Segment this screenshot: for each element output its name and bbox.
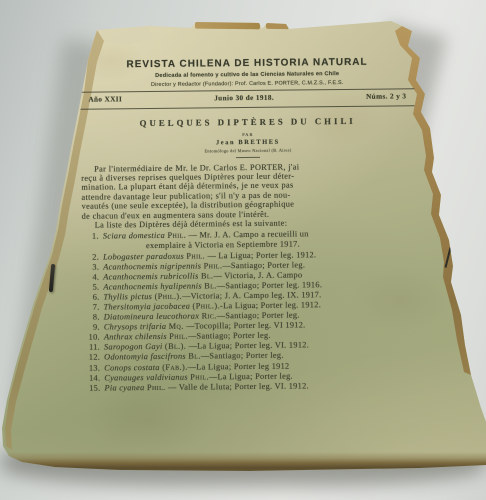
item-number: 14.	[83, 373, 100, 383]
item-locality: —Santiago; Porter leg.	[217, 311, 300, 321]
item-number: 12.	[83, 353, 100, 363]
species-list-item: 15. Pia cyanea Phil. — Valle de Lluta; P…	[83, 380, 417, 394]
issue-number: Núms. 2 y 3	[366, 92, 406, 100]
species-name: Conops costata	[104, 362, 160, 372]
authority-abbr: Bl.	[188, 352, 201, 361]
torn-edge-top	[195, 22, 260, 30]
item-locality: — La Ligua; Porter leg. 1912.	[205, 250, 316, 260]
species-name: Thyllis pictus	[103, 292, 152, 302]
authority-abbr: Bl.	[204, 281, 217, 290]
species-name: Lobogaster paradoxus	[103, 251, 184, 261]
item-locality: —Santiago; Porter leg. 1916.	[217, 280, 323, 290]
item-number: 2.	[82, 252, 99, 262]
authority-abbr: Phil.	[147, 383, 166, 392]
article-title: QUELQUES DIPTÈRES DU CHILI	[81, 115, 415, 128]
issue-volume: Año XXII	[88, 95, 122, 103]
item-number: 1.	[82, 232, 99, 242]
rule-divider	[81, 105, 415, 109]
species-name: Chrysops trifaria	[104, 322, 167, 332]
item-locality: —La Ligua; Porter leg.	[209, 371, 293, 381]
authority-abbr: (Phil.).	[192, 301, 220, 310]
item-number: 10.	[83, 333, 100, 343]
authority-abbr: Phil.	[169, 332, 188, 341]
printed-page-content: REVISTA CHILENA DE HISTORIA NATURAL Dedi…	[80, 56, 417, 393]
species-name: Thersitomyia jacobacea	[104, 302, 191, 312]
issue-info-row: Año XXII Junio 30 de 1918. Núms. 2 y 3	[80, 89, 414, 105]
item-number: 13.	[83, 363, 100, 373]
photo-backdrop: REVISTA CHILENA DE HISTORIA NATURAL Dedi…	[0, 0, 486, 500]
item-number: 3.	[82, 262, 99, 272]
item-locality: — Victoria, J. A. Campo	[213, 270, 302, 280]
item-number: 11.	[83, 343, 100, 353]
item-number: 4.	[82, 272, 99, 282]
authority-abbr: Phil.	[204, 261, 223, 270]
intro-paragraph: Par l'intermédiaire de Mr. le Dr. Carlos…	[81, 161, 416, 221]
journal-subtitle: Dedicada al fomento y cultivo de las Cie…	[80, 70, 414, 79]
authority-abbr: (Fab.).	[162, 362, 188, 371]
species-name: Acanthocnemis hyalipennis	[103, 281, 202, 291]
species-name: Acanthocnemis rubricollis	[103, 271, 198, 281]
species-name: Acanthocnemis nigripennis	[103, 261, 201, 271]
issue-date: Junio 30 de 1918.	[214, 93, 274, 102]
species-name: Cyanauges valdivianus	[104, 372, 188, 382]
item-locality: -La Ligua; Porter leg. 1912.	[220, 300, 321, 310]
item-locality: —Santiago; Porter leg.	[222, 260, 305, 270]
authority-abbr: Bl.	[201, 271, 214, 280]
authority-abbr: (Bl.).	[165, 342, 186, 351]
item-locality: —Tocopilla; Porter leg. VI 1912.	[184, 321, 306, 331]
species-name: Sciara domestica	[103, 231, 165, 241]
item-locality: —La Ligua; Porter leg 1912	[188, 361, 290, 371]
item-number: 7.	[83, 303, 100, 313]
species-list: 1. Sciara domestica Phil. — Mr. J. A. Ca…	[82, 229, 418, 394]
torn-edge-top	[266, 23, 289, 29]
item-locality: —Victoria; J. A. Campo leg. IX. 1917.	[182, 290, 322, 300]
item-number: 15.	[83, 383, 100, 393]
species-name: Saropogon Gayi	[104, 342, 163, 352]
authority-abbr: Phil.	[190, 372, 209, 381]
item-locality: —Santiago; Porter leg.	[188, 331, 271, 341]
journal-editor-line: Director y Redactor (Fundador): Prof. Ca…	[80, 79, 414, 88]
authority-abbr: Phil.	[167, 231, 186, 240]
authority-abbr: Mq.	[169, 322, 184, 331]
item-locality: — Valle de Lluta; Porter leg. VI. 1912.	[166, 381, 309, 391]
authority-abbr: (Phil.).	[155, 292, 183, 301]
species-name: Anthrax chilensis	[104, 332, 167, 342]
item-locality: —La Ligua; Porter leg. VI. 1912.	[186, 341, 309, 351]
short-rule-divider	[236, 156, 260, 157]
species-name: Pia cyanea	[104, 383, 144, 392]
journal-title: REVISTA CHILENA DE HISTORIA NATURAL	[80, 56, 414, 70]
authority-abbr: Ric.	[201, 311, 216, 320]
author-affiliation: Entomólogo del Museo Nacional (B. Aires)	[81, 146, 415, 154]
item-number: 6.	[82, 292, 99, 302]
item-number: 8.	[83, 313, 100, 323]
species-name: Odontomyia fascifrons	[104, 352, 186, 362]
item-locality: — Mr. J. A. Campo a recueilli un	[186, 230, 309, 240]
authority-abbr: Phil.	[186, 251, 205, 260]
item-number: 5.	[82, 282, 99, 292]
item-text: Pia cyanea Phil. — Valle de Lluta; Porte…	[104, 381, 309, 393]
item-locality: —Santiago; Porter leg.	[201, 351, 284, 361]
item-number: 9.	[83, 323, 100, 333]
species-name: Diatomineura leucothorax	[104, 312, 200, 322]
